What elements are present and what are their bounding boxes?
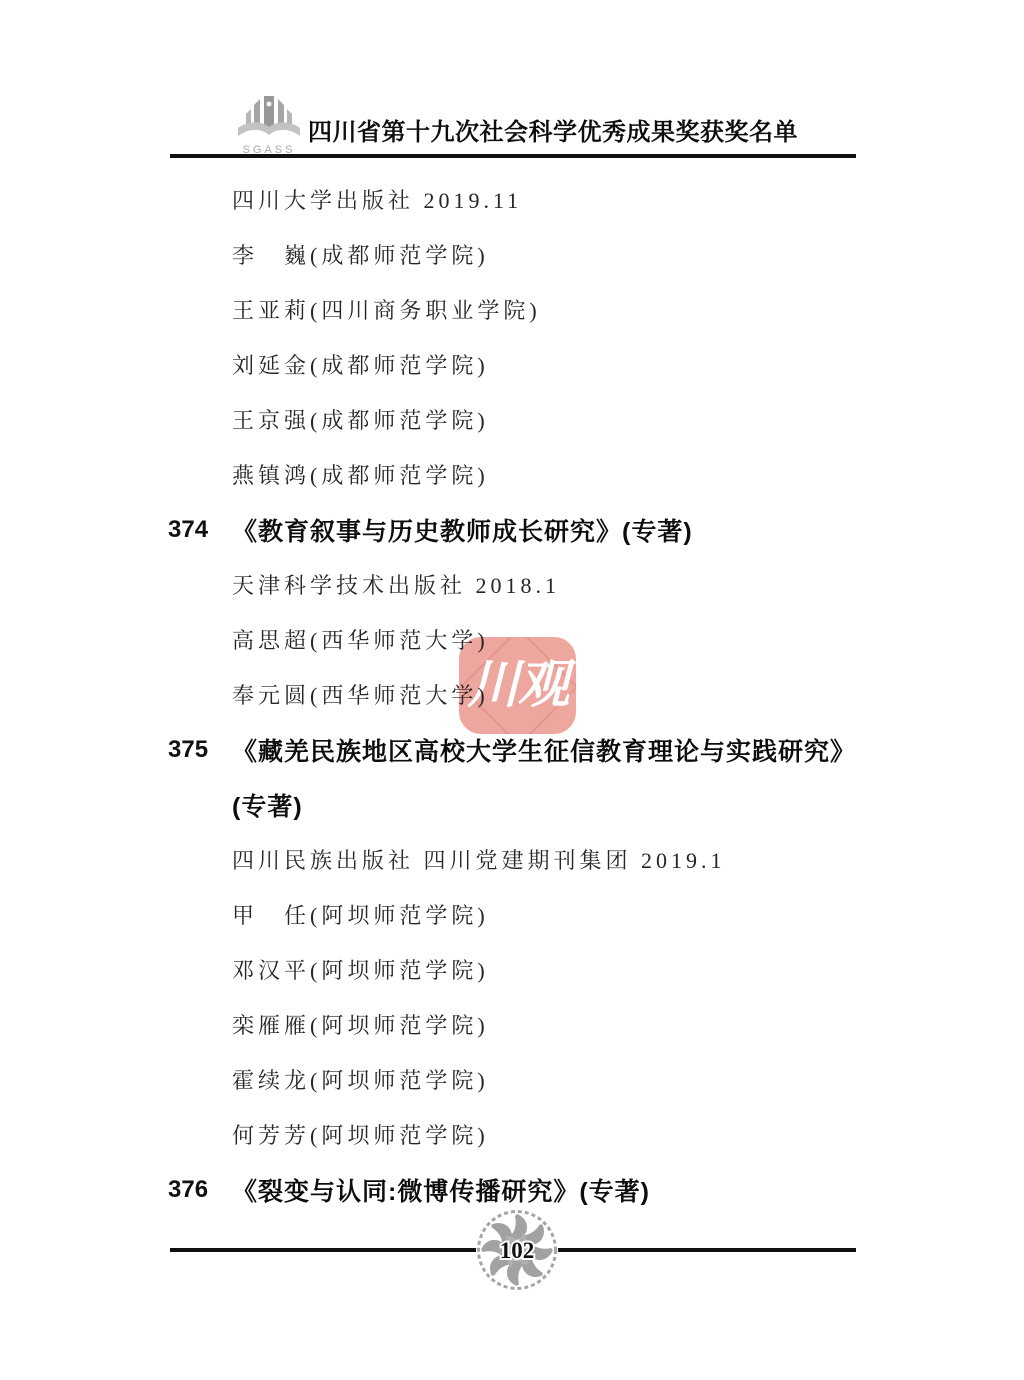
page-title: 四川省第十九次社会科学优秀成果奖获奖名单	[308, 112, 868, 147]
publisher-date: 四川大学出版社 2019.11	[232, 184, 522, 215]
entry-number: 376	[168, 1176, 208, 1204]
list-item: 甲 任(阿坝师范学院)	[168, 887, 868, 942]
list-item: 霍续龙(阿坝师范学院)	[168, 1052, 868, 1107]
author-affiliation: 王京强(成都师范学院)	[232, 404, 489, 435]
entry-374: 374 《教育叙事与历史教师成长研究》(专著)	[168, 502, 868, 557]
entry-title: 《教育叙事与历史教师成长研究》(专著)	[232, 512, 693, 548]
list-item: 奉元圆(西华师范大学)	[168, 667, 868, 722]
list-item: 栾雁雁(阿坝师范学院)	[168, 997, 868, 1052]
entry-title: 《藏羌民族地区高校大学生征信教育理论与实践研究》	[232, 732, 856, 768]
author-affiliation: 栾雁雁(阿坝师范学院)	[232, 1009, 489, 1040]
author-affiliation: 邓汉平(阿坝师范学院)	[232, 954, 489, 985]
author-affiliation: 刘延金(成都师范学院)	[232, 349, 489, 380]
list-item: 王京强(成都师范学院)	[168, 392, 868, 447]
list-item: 高思超(西华师范大学)	[168, 612, 868, 667]
entry-number: 374	[168, 516, 208, 544]
author-affiliation: 奉元圆(西华师范大学)	[232, 679, 489, 710]
author-affiliation: 何芳芳(阿坝师范学院)	[232, 1119, 489, 1150]
publisher-date: 天津科学技术出版社 2018.1	[232, 569, 560, 600]
list-item: 天津科学技术出版社 2018.1	[168, 557, 868, 612]
list-item: 刘延金(成都师范学院)	[168, 337, 868, 392]
document-page: SGASS 四川省第十九次社会科学优秀成果奖获奖名单 川观 四川大学出版社 20…	[0, 0, 1024, 1380]
list-item: 李 巍(成都师范学院)	[168, 227, 868, 282]
publisher-logo: SGASS	[228, 94, 310, 156]
entry-375: 375 《藏羌民族地区高校大学生征信教育理论与实践研究》	[168, 722, 868, 777]
entry-title: 《裂变与认同:微博传播研究》(专著)	[232, 1172, 650, 1208]
list-item: 王亚莉(四川商务职业学院)	[168, 282, 868, 337]
award-list: 四川大学出版社 2019.11 李 巍(成都师范学院) 王亚莉(四川商务职业学院…	[168, 172, 868, 1217]
page-number: 102	[500, 1238, 535, 1263]
list-item: 燕镇鸿(成都师范学院)	[168, 447, 868, 502]
author-affiliation: 高思超(西华师范大学)	[232, 624, 489, 655]
sgass-emblem-icon	[230, 94, 308, 138]
header-rule	[170, 154, 856, 158]
author-affiliation: 王亚莉(四川商务职业学院)	[232, 294, 541, 325]
list-item: 邓汉平(阿坝师范学院)	[168, 942, 868, 997]
entry-number: 375	[168, 736, 208, 764]
list-item: 四川大学出版社 2019.11	[168, 172, 868, 227]
list-item: 何芳芳(阿坝师范学院)	[168, 1107, 868, 1162]
author-affiliation: 霍续龙(阿坝师范学院)	[232, 1064, 489, 1095]
list-item: 四川民族出版社 四川党建期刊集团 2019.1	[168, 832, 868, 887]
entry-375-continuation: (专著)	[168, 777, 868, 832]
entry-title-continuation: (专著)	[232, 787, 303, 823]
author-affiliation: 李 巍(成都师范学院)	[232, 239, 489, 270]
publisher-date: 四川民族出版社 四川党建期刊集团 2019.1	[232, 844, 726, 875]
page-number-ornament: 102	[475, 1208, 559, 1292]
author-affiliation: 甲 任(阿坝师范学院)	[232, 899, 489, 930]
author-affiliation: 燕镇鸿(成都师范学院)	[232, 459, 489, 490]
